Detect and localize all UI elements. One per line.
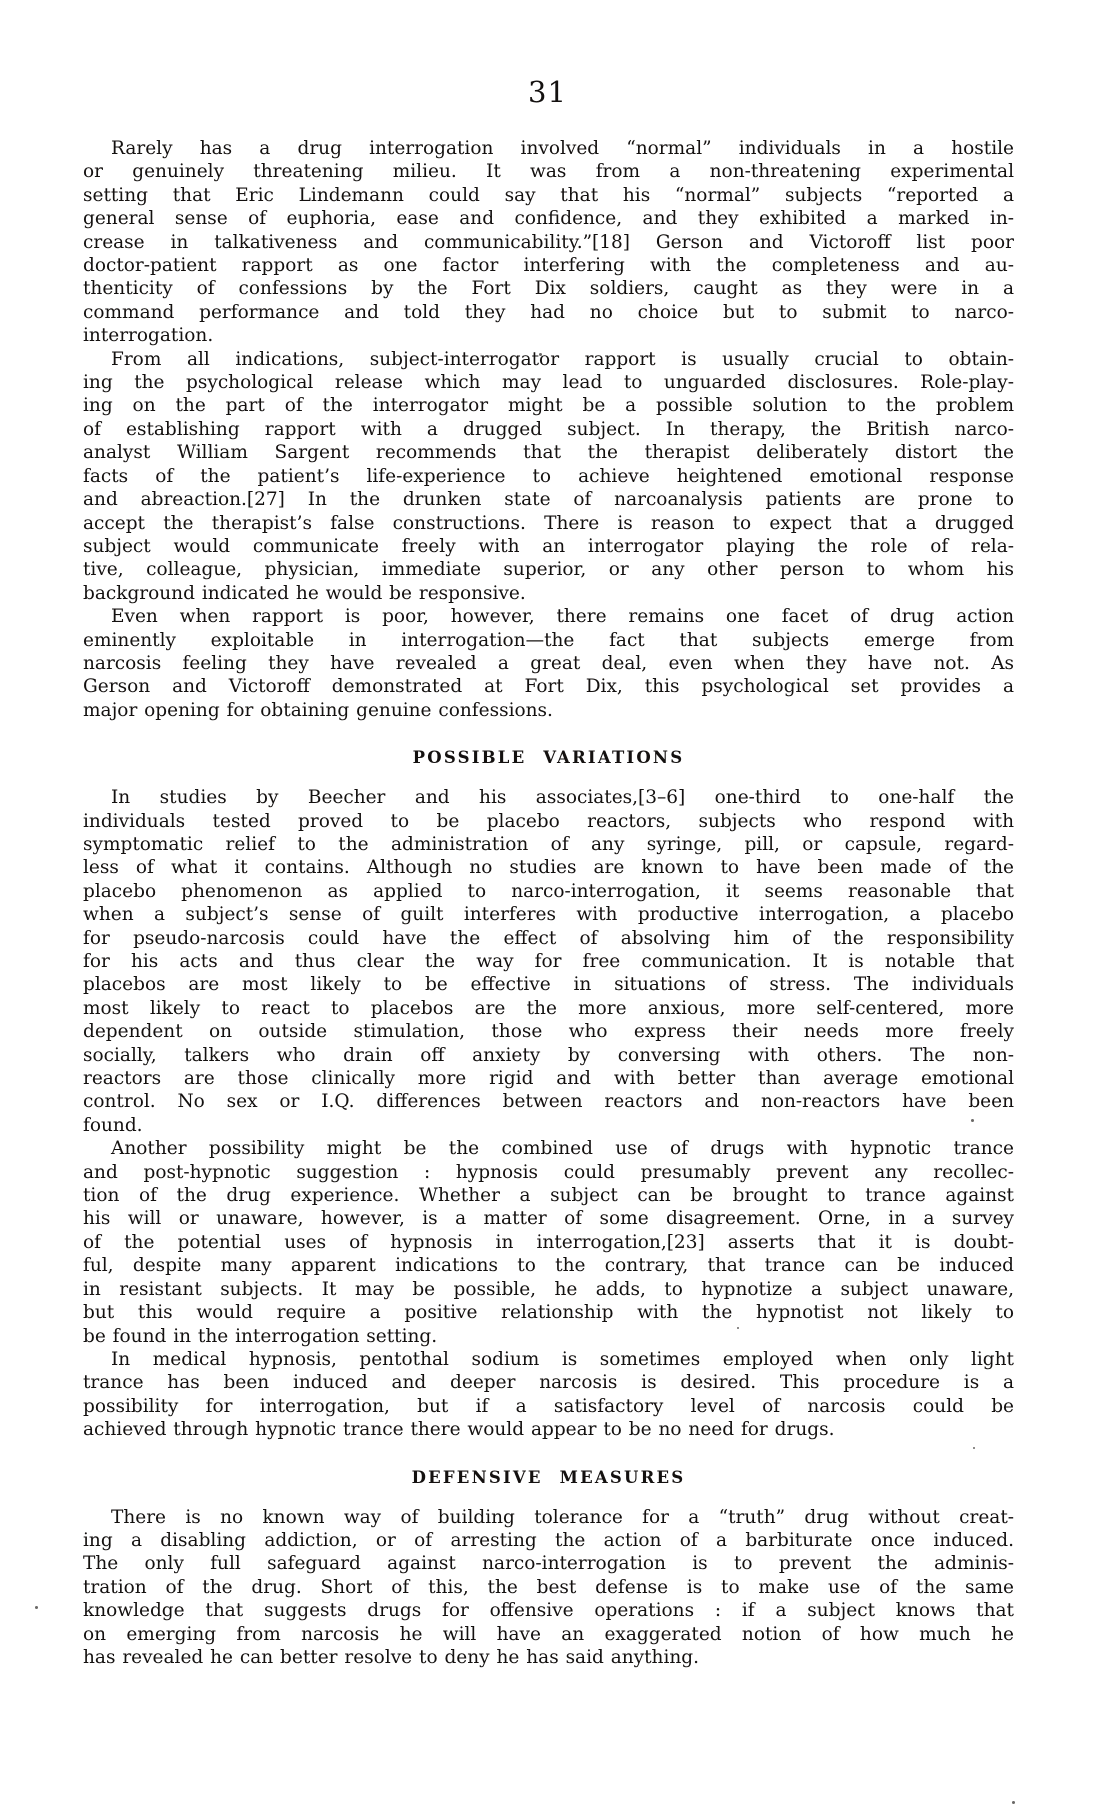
paragraph-line: in resistant subjects. It may be possibl… — [83, 1278, 1014, 1301]
paragraph-line: Rarely has a drug interrogation involved… — [83, 137, 1014, 160]
paragraph-line: From all indications, subject-interrogat… — [83, 348, 1014, 371]
paragraph-line: placebos are most likely to be effective… — [83, 973, 1014, 996]
paragraph-line: There is no known way of building tolera… — [83, 1506, 1014, 1529]
paragraph-line: found. — [83, 1114, 1014, 1137]
paragraph-line: subject would communicate freely with an… — [83, 535, 1014, 558]
paragraph-line: for his acts and thus clear the way for … — [83, 950, 1014, 973]
paragraph-line: for pseudo-narcosis could have the effec… — [83, 927, 1014, 950]
scan-speck — [1012, 1801, 1015, 1804]
paragraph-line: or genuinely threatening milieu. It was … — [83, 160, 1014, 183]
paragraph-line: command performance and told they had no… — [83, 301, 1014, 324]
scan-speck — [35, 1606, 38, 1609]
paragraph-line: but this would require a positive relati… — [83, 1301, 1014, 1324]
paragraph-line: eminently exploitable in interrogation—t… — [83, 629, 1014, 652]
paragraph-line: and abreaction.[27] In the drunken state… — [83, 488, 1014, 511]
paragraph-line: accept the therapist’s false constructio… — [83, 512, 1014, 535]
paragraph-line: trance has been induced and deeper narco… — [83, 1371, 1014, 1394]
paragraph-line: ing the psychological release which may … — [83, 371, 1014, 394]
paragraph-line: dependent on outside stimulation, those … — [83, 1020, 1014, 1043]
paragraph-line: socially, talkers who drain off anxiety … — [83, 1044, 1014, 1067]
body-paragraph: There is no known way of building tolera… — [83, 1506, 1014, 1670]
paragraph-line: major opening for obtaining genuine conf… — [83, 699, 1014, 722]
page-number: 31 — [0, 0, 1095, 109]
paragraph-line: tration of the drug. Short of this, the … — [83, 1576, 1014, 1599]
paragraph-line: individuals tested proved to be placebo … — [83, 810, 1014, 833]
body-paragraph: From all indications, subject-interrogat… — [83, 348, 1014, 605]
paragraph-line: setting that Eric Lindemann could say th… — [83, 184, 1014, 207]
paragraph-line: achieved through hypnotic trance there w… — [83, 1418, 1014, 1441]
paragraph-line: In studies by Beecher and his associates… — [83, 786, 1014, 809]
paragraph-line: analyst William Sargent recommends that … — [83, 441, 1014, 464]
scan-speck — [737, 1327, 739, 1329]
paragraph-line: be found in the interrogation setting. — [83, 1325, 1014, 1348]
paragraph-line: Even when rapport is poor, however, ther… — [83, 605, 1014, 628]
paragraph-line: tive, colleague, physician, immediate su… — [83, 558, 1014, 581]
body-paragraph: In medical hypnosis, pentothal sodium is… — [83, 1348, 1014, 1442]
document-body: Rarely has a drug interrogation involved… — [83, 137, 1014, 1669]
paragraph-line: has revealed he can better resolve to de… — [83, 1646, 1014, 1669]
paragraph-line: The only full safeguard against narco-in… — [83, 1552, 1014, 1575]
scan-speck — [539, 353, 542, 356]
paragraph-line: tion of the drug experience. Whether a s… — [83, 1184, 1014, 1207]
paragraph-line: possibility for interrogation, but if a … — [83, 1395, 1014, 1418]
paragraph-line: control. No sex or I.Q. differences betw… — [83, 1090, 1014, 1113]
document-page: 31 Rarely has a drug interrogation invol… — [0, 0, 1095, 1818]
paragraph-line: doctor-patient rapport as one factor int… — [83, 254, 1014, 277]
paragraph-line: background indicated he would be respons… — [83, 582, 1014, 605]
paragraph-line: his will or unaware, however, is a matte… — [83, 1207, 1014, 1230]
paragraph-line: symptomatic relief to the administration… — [83, 833, 1014, 856]
paragraph-line: Gerson and Victoroff demonstrated at For… — [83, 675, 1014, 698]
paragraph-line: less of what it contains. Although no st… — [83, 856, 1014, 879]
paragraph-line: ful, despite many apparent indications t… — [83, 1254, 1014, 1277]
paragraph-line: facts of the patient’s life-experience t… — [83, 465, 1014, 488]
body-paragraph: Even when rapport is poor, however, ther… — [83, 605, 1014, 722]
section-heading: DEFENSIVE MEASURES — [83, 1467, 1014, 1488]
paragraph-line: crease in talkativeness and communicabil… — [83, 231, 1014, 254]
paragraph-line: when a subject’s sense of guilt interfer… — [83, 903, 1014, 926]
paragraph-line: on emerging from narcosis he will have a… — [83, 1623, 1014, 1646]
paragraph-line: Another possibility might be the combine… — [83, 1137, 1014, 1160]
body-paragraph: Rarely has a drug interrogation involved… — [83, 137, 1014, 348]
body-paragraph: Another possibility might be the combine… — [83, 1137, 1014, 1348]
paragraph-line: ing on the part of the interrogator migh… — [83, 394, 1014, 417]
paragraph-line: of establishing rapport with a drugged s… — [83, 418, 1014, 441]
paragraph-line: most likely to react to placebos are the… — [83, 997, 1014, 1020]
paragraph-line: reactors are those clinically more rigid… — [83, 1067, 1014, 1090]
scan-speck — [971, 1119, 974, 1122]
paragraph-line: interrogation. — [83, 324, 1014, 347]
paragraph-line: narcosis feeling they have revealed a gr… — [83, 652, 1014, 675]
paragraph-line: knowledge that suggests drugs for offens… — [83, 1599, 1014, 1622]
body-paragraph: In studies by Beecher and his associates… — [83, 786, 1014, 1137]
paragraph-line: thenticity of confessions by the Fort Di… — [83, 277, 1014, 300]
paragraph-line: general sense of euphoria, ease and conf… — [83, 207, 1014, 230]
paragraph-line: placebo phenomenon as applied to narco-i… — [83, 880, 1014, 903]
scan-speck — [973, 1447, 975, 1449]
paragraph-line: of the potential uses of hypnosis in int… — [83, 1231, 1014, 1254]
paragraph-line: and post-hypnotic suggestion : hypnosis … — [83, 1161, 1014, 1184]
section-heading: POSSIBLE VARIATIONS — [83, 747, 1014, 768]
paragraph-line: In medical hypnosis, pentothal sodium is… — [83, 1348, 1014, 1371]
paragraph-line: ing a disabling addiction, or of arresti… — [83, 1529, 1014, 1552]
